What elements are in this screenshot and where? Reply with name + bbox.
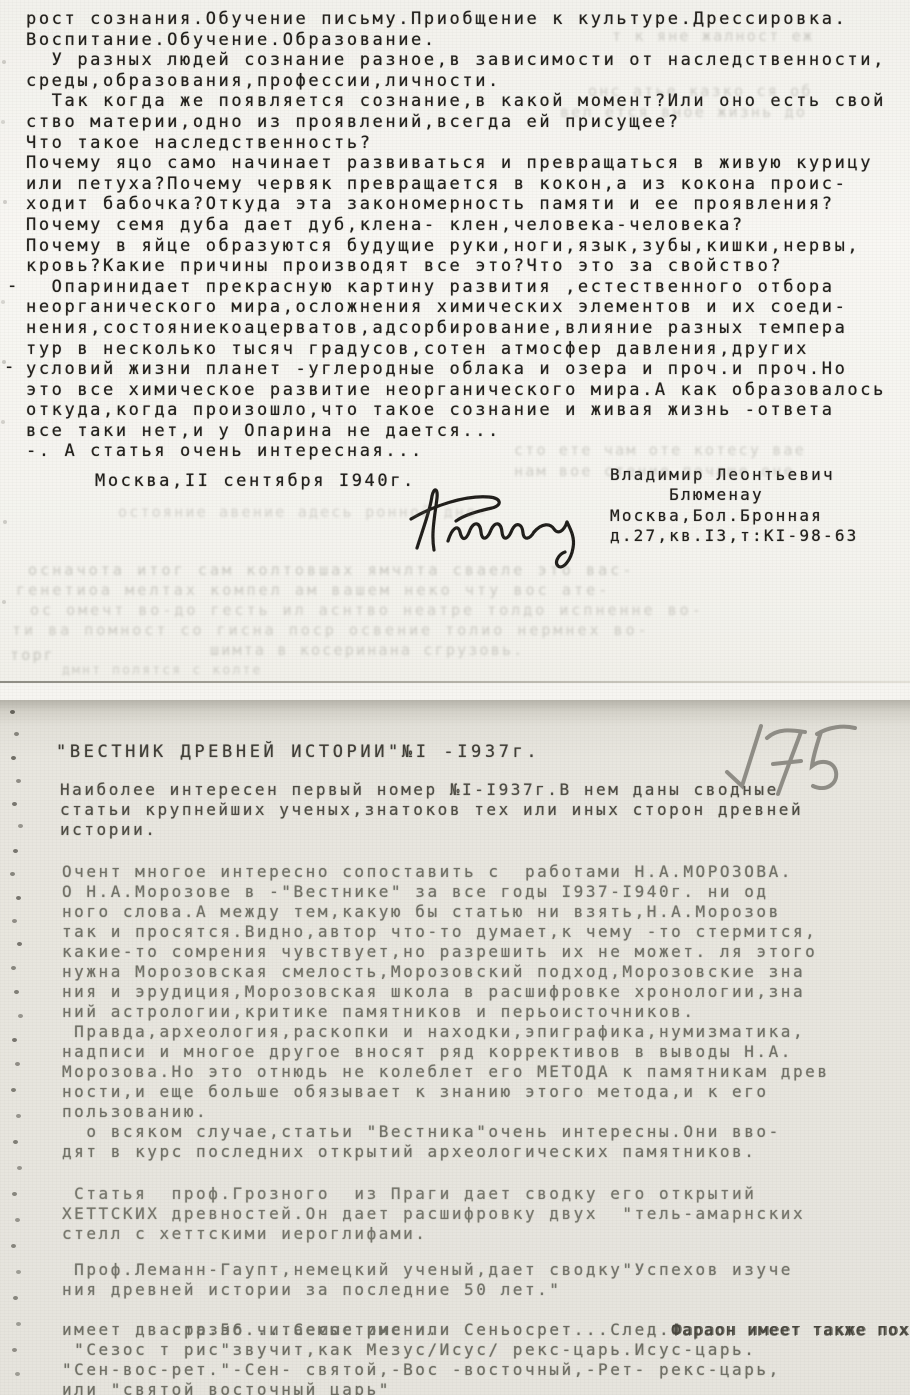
review-page: "ВЕСТНИК ДРЕВНЕЙ ИСТОРИИ"№I -I937г. Наиб…	[0, 700, 910, 1395]
typed-line: ности,и еще больше обязывает к знанию эт…	[62, 1082, 830, 1102]
typed-line: ния и эрудиция,Морозовская школа в расши…	[62, 982, 830, 1002]
bleedthrough-text: нам вое стение почаще оне	[514, 462, 795, 480]
typed-line: откуда,когда произошло,что такое сознани…	[26, 400, 910, 421]
left-margin-specks	[0, 0, 4, 4]
typed-line: "Сезос т рис"звучит,как Мезус/Исус/ рекс…	[62, 1340, 781, 1360]
bleedthrough-text: остояние авение адесь ронной дно-	[118, 503, 489, 521]
typed-line: все таки нет,и у Опарина не дается...	[26, 421, 910, 442]
typed-line: Статья проф.Грозного из Праги дает сводк…	[62, 1184, 805, 1204]
typed-line: Очент многое интересно сопоставить с раб…	[62, 862, 830, 882]
address-line: Москва,Бол.Бронная	[610, 506, 859, 526]
bleedthrough-text: вел ется вное жизнь до	[560, 103, 807, 121]
bleedthrough-text: осначота итог сам колтовшах ямчлта сваел…	[28, 561, 635, 579]
left-margin-perforation-dots	[4, 704, 9, 708]
bleedthrough-text: т к яне жалност еж	[612, 27, 814, 45]
typed-line: статьи крупнейших ученых,знатоков тех ил…	[60, 800, 803, 820]
typed-line: ХЕТТСКИХ древностей.Он дает расшифровку …	[62, 1204, 805, 1224]
page2-etymology-lines: имеет два разно читаемые имени. "Сезос т…	[62, 1320, 781, 1395]
bleedthrough-text: сто ете чам оте котесу вае	[514, 441, 806, 459]
letter-page: рост сознания.Обучение письму.Приобщение…	[0, 0, 910, 683]
typed-line: о всяком случае,статьи "Вестника"очень и…	[62, 1122, 830, 1142]
typed-line: дят в курс последних открытий археологич…	[62, 1142, 830, 1162]
page2-lehmann-paragraph: Проф.Леманн-Гаупт,немецкий ученый,дает с…	[62, 1260, 793, 1300]
typed-line: ния древней истории за последние 50 лет.…	[62, 1280, 793, 1300]
typed-line: Проф.Леманн-Гаупт,немецкий ученый,дает с…	[62, 1260, 793, 1280]
typed-line: надписи и многое другое вносят ряд корре…	[62, 1042, 830, 1062]
typed-line: Правда,археология,раскопки и находки,эпи…	[62, 1022, 830, 1042]
margin-dash: -	[7, 276, 17, 296]
typed-line: неорганического мира,осложнения химическ…	[26, 297, 910, 318]
bleedthrough-text: онс атье казко ся об	[588, 82, 813, 100]
typed-line: Опаринидает прекрасную картину развития …	[26, 277, 910, 298]
typed-line: имеет два разно читаемые имени.	[62, 1320, 781, 1340]
page2-hrozny-paragraph: Статья проф.Грозного из Праги дает сводк…	[62, 1184, 805, 1244]
typed-line: тур в несколько тысяч градусов,сотен атм…	[26, 339, 910, 360]
typed-line: Морозова.Но это отнюдь не колеблет его М…	[62, 1062, 830, 1082]
typed-line: Почему в яйце образуются будущие руки,но…	[26, 236, 910, 257]
typed-line: стелл с хеттскими иероглифами.	[62, 1224, 805, 1244]
typed-line: ного слова.А между тем,какую бы статью н…	[62, 902, 830, 922]
typed-line: истории.	[60, 820, 803, 840]
typed-line: Почему яцо само начинает развиваться и п…	[26, 153, 910, 174]
typed-line: или петуха?Почему червяк превращается в …	[26, 174, 910, 195]
letter-body-text: рост сознания.Обучение письму.Приобщение…	[26, 9, 910, 462]
page-bottom-edge	[0, 681, 910, 683]
typed-line: Почему семя дуба дает дуб,клена- клен,че…	[26, 215, 910, 236]
typed-line: это все химическое развитие неорганическ…	[26, 380, 910, 401]
address-line: д.27,кв.I3,т:КI-98-63	[610, 526, 859, 546]
typed-line: пользованию.	[62, 1102, 830, 1122]
bleedthrough-text: шимта в косеринана сгрузовь.	[210, 641, 524, 659]
typed-line: нения,состояниекоацерватов,адсорбировани…	[26, 318, 910, 339]
typed-line: кровь?Какие причины производят все это?Ч…	[26, 256, 910, 277]
typed-line: ходит бабочка?Откуда эта закономерность …	[26, 194, 910, 215]
typed-line: так и просятся.Видно,автор что-то думает…	[62, 922, 830, 942]
page2-intro-paragraph: Наиболее интересен первый номер №I-I937г…	[60, 780, 803, 840]
typed-line: "Сен-вос-рет."-Сен- святой,-Вос -восточн…	[62, 1360, 781, 1380]
bleedthrough-text: ос омечт во-до гесть ил аснтво неатре то…	[30, 601, 704, 619]
bleedthrough-text: генетиоа мелтах компел ам вашем неко чту…	[16, 581, 610, 599]
typed-line: какие-то сомрения чувствует,но разрешить…	[62, 942, 830, 962]
typed-line: У разных людей сознание разное,в зависим…	[26, 50, 910, 71]
bleedthrough-text: торг	[10, 646, 55, 664]
typed-line: нужна Морозовская смелость,Морозовский п…	[62, 962, 830, 982]
typed-line: ний астрологии,критике памятников и перь…	[62, 1002, 830, 1022]
date-line: Москва,II сентября I940г.	[95, 471, 416, 491]
typed-line: Что такое наследственность?	[26, 133, 910, 154]
page2-heading: "ВЕСТНИК ДРЕВНЕЙ ИСТОРИИ"№I -I937г.	[56, 742, 540, 762]
typed-line: О Н.А.Морозове в -"Вестнике" за все годы…	[62, 882, 830, 902]
typed-line: Наиболее интересен первый номер №I-I937г…	[60, 780, 803, 800]
bleedthrough-text: ти ва помност со гисна поср освение толи…	[12, 621, 650, 639]
typed-line: или "святой восточный царь"	[62, 1380, 781, 1395]
margin-dash: -	[4, 357, 14, 377]
address-line: Блюменау	[610, 485, 859, 505]
bleedthrough-text: дмнт полятся с колте	[62, 663, 263, 678]
page2-body-paragraphs: Очент многое интересно сопоставить с раб…	[62, 862, 830, 1162]
typed-line: условий жизни планет -углеродные облака …	[26, 359, 910, 380]
scanned-document: рост сознания.Обучение письму.Приобщение…	[0, 0, 910, 1395]
